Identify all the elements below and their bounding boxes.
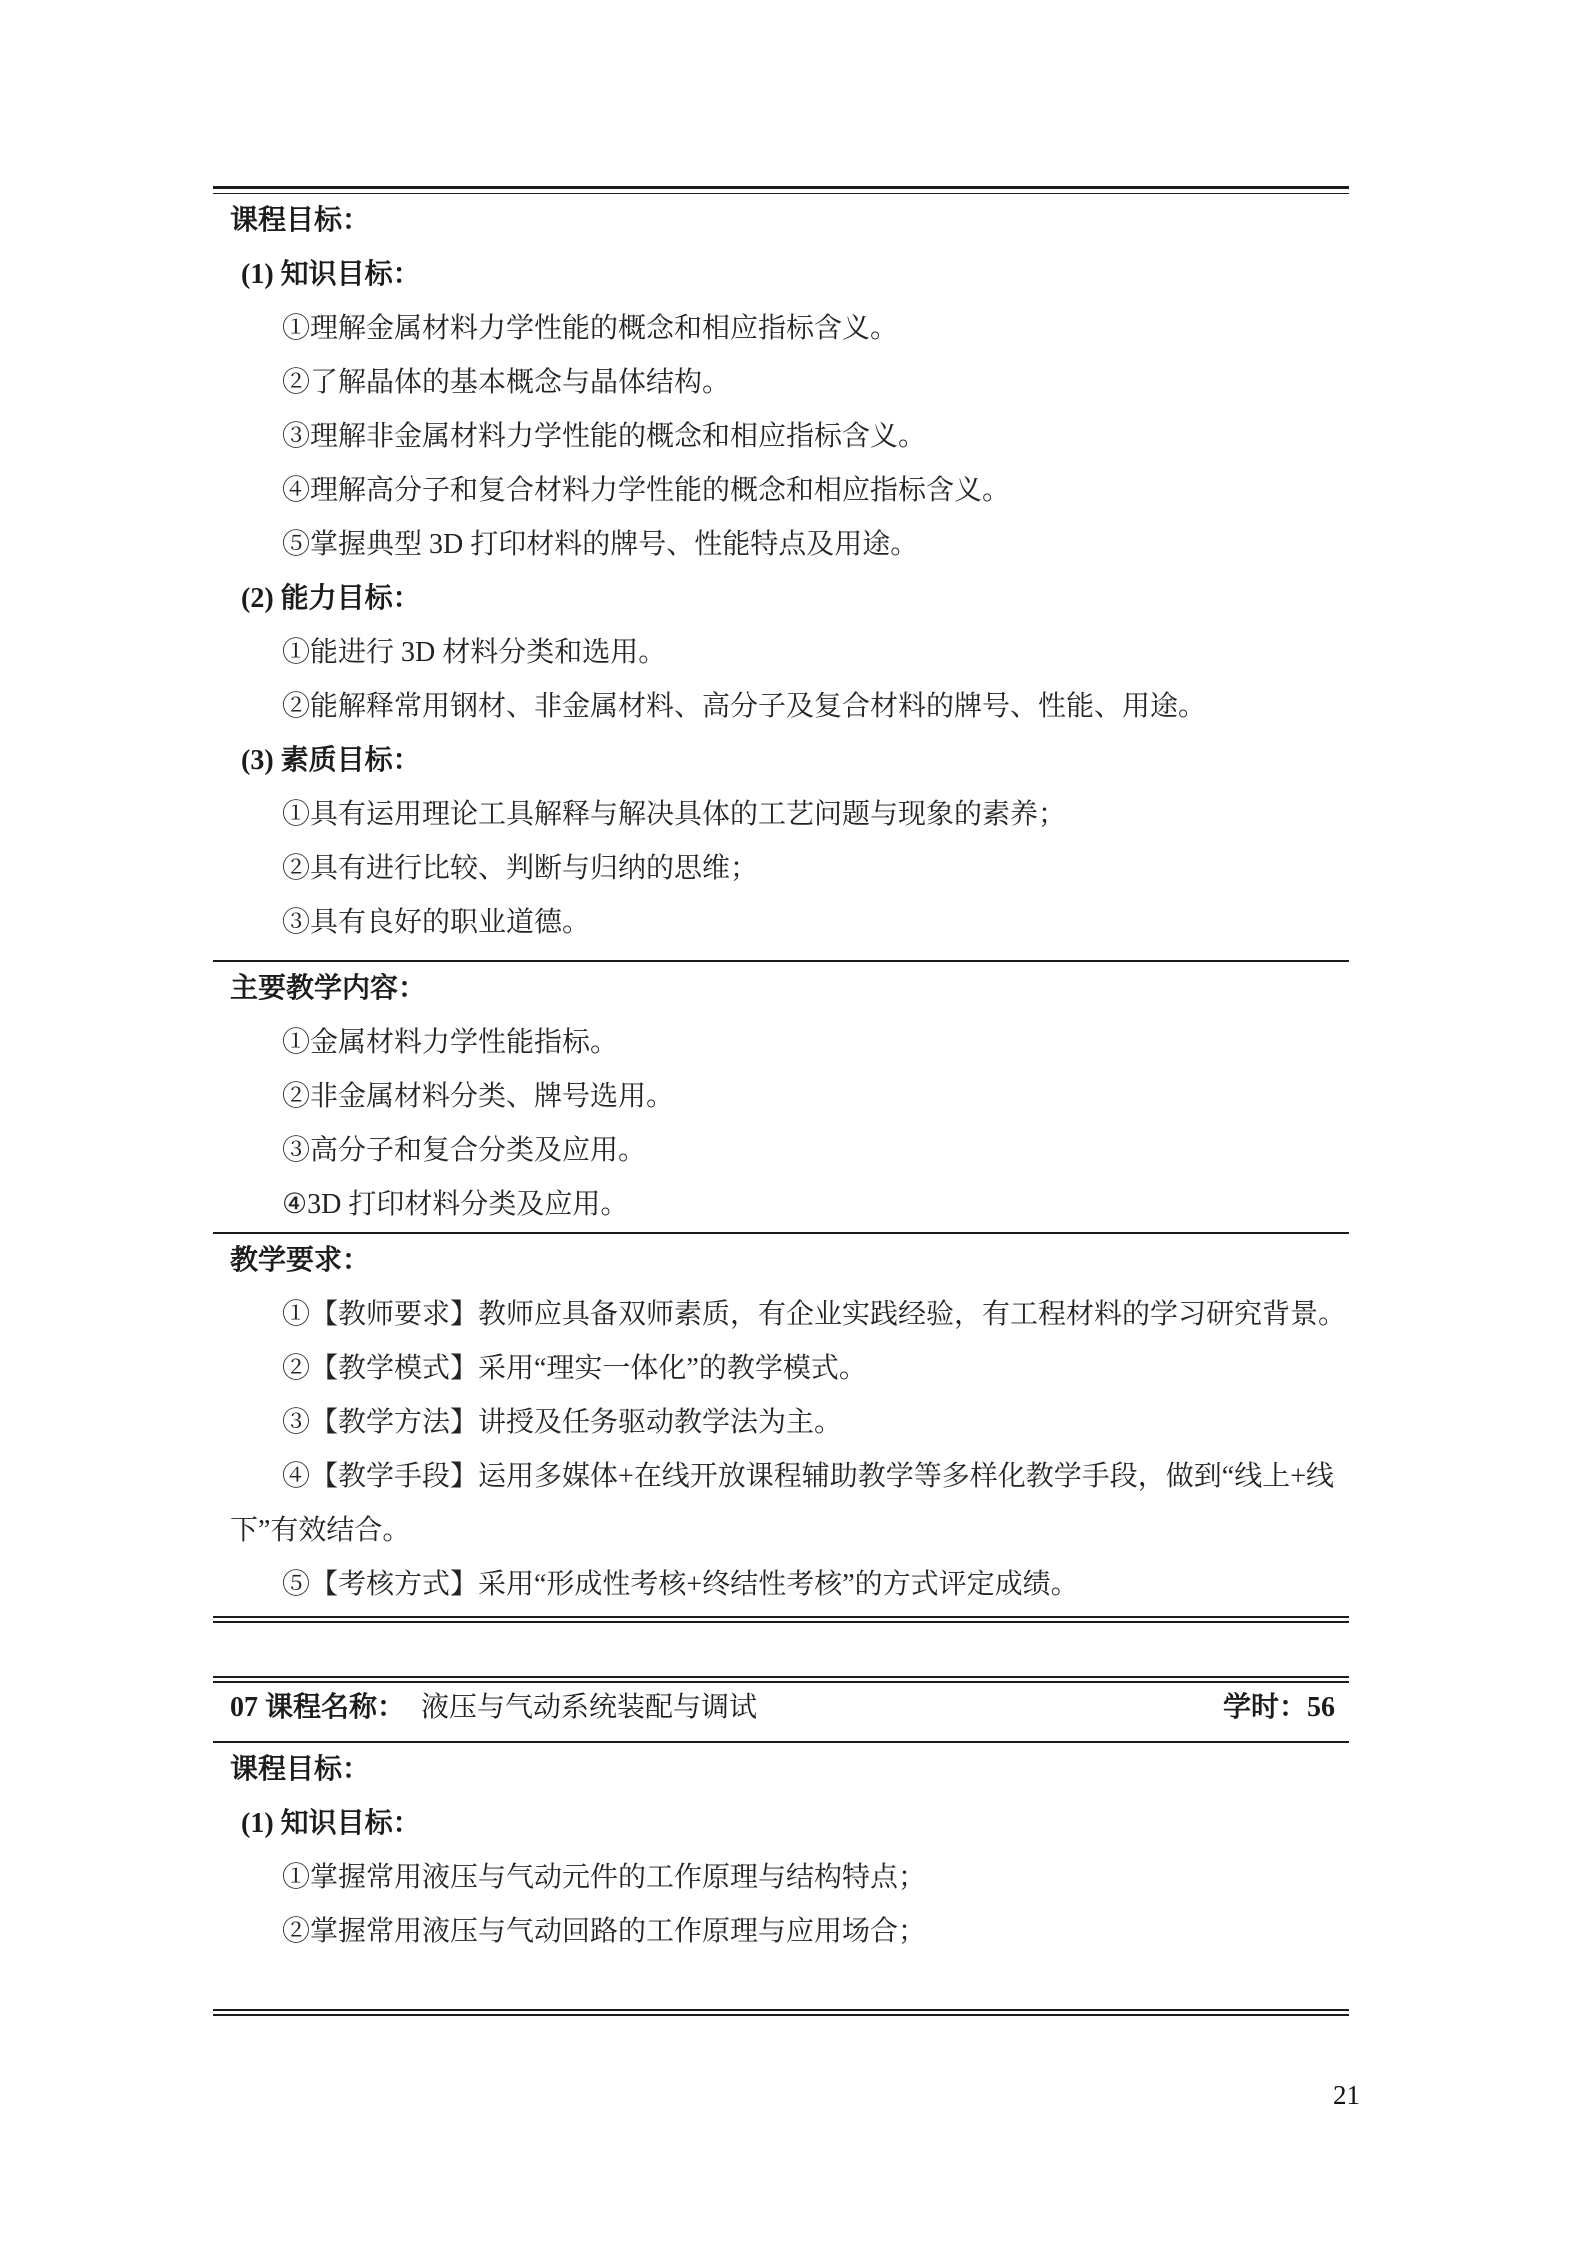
quality-objectives-subheading: (3) 素质目标： [213, 734, 1349, 788]
knowledge-objective-item: ②掌握常用液压与气动回路的工作原理与应用场合； [213, 1905, 1349, 1959]
teaching-content-item: ④3D 打印材料分类及应用。 [213, 1178, 1349, 1232]
teaching-content-item: ②非金属材料分类、牌号选用。 [213, 1070, 1349, 1124]
knowledge-objective-item: ②了解晶体的基本概念与晶体结构。 [213, 356, 1349, 410]
ability-objective-item: ②能解释常用钢材、非金属材料、高分子及复合材料的牌号、性能、用途。 [213, 680, 1349, 734]
teaching-content-item: ③高分子和复合分类及应用。 [213, 1124, 1349, 1178]
course-name: 液压与气动系统装配与调试 [421, 1683, 757, 1733]
knowledge-objectives-subheading: (1) 知识目标： [213, 248, 1349, 302]
teaching-requirement-item: ⑤【考核方式】采用“形成性考核+终结性考核”的方式评定成绩。 [213, 1558, 1349, 1612]
teaching-requirement-item: ④【教学手段】运用多媒体+在线开放课程辅助教学等多样化教学手段，做到“线上+线下… [213, 1450, 1349, 1558]
document-page: 课程目标： (1) 知识目标： ①理解金属材料力学性能的概念和相应指标含义。 ②… [213, 0, 1349, 2016]
block-top-double-border [213, 186, 1349, 194]
quality-objective-item: ③具有良好的职业道德。 [213, 896, 1349, 950]
course-objectives-heading: 课程目标： [213, 1743, 1349, 1797]
course-objectives-heading: 课程目标： [213, 194, 1349, 248]
teaching-requirement-item: ③【教学方法】讲授及任务驱动教学法为主。 [213, 1396, 1349, 1450]
course-number-label: 07 课程名称： [213, 1683, 405, 1733]
knowledge-objective-item: ③理解非金属材料力学性能的概念和相应指标含义。 [213, 410, 1349, 464]
block-bottom-double-border [213, 1616, 1349, 1623]
knowledge-objectives-subheading: (1) 知识目标： [213, 1797, 1349, 1851]
quality-objective-item: ②具有进行比较、判断与归纳的思维； [213, 842, 1349, 896]
teaching-requirement-item: ①【教师要求】教师应具备双师素质，有企业实践经验，有工程材料的学习研究背景。 [213, 1288, 1349, 1342]
knowledge-objective-item: ④理解高分子和复合材料力学性能的概念和相应指标含义。 [213, 464, 1349, 518]
ability-objective-item: ①能进行 3D 材料分类和选用。 [213, 626, 1349, 680]
block-top-double-border [213, 1676, 1349, 1683]
quality-objective-item: ①具有运用理论工具解释与解决具体的工艺问题与现象的素养； [213, 788, 1349, 842]
ability-objectives-subheading: (2) 能力目标： [213, 572, 1349, 626]
teaching-requirements-heading: 教学要求： [213, 1234, 1349, 1288]
teaching-content-item: ①金属材料力学性能指标。 [213, 1016, 1349, 1070]
page-number: 21 [1333, 2080, 1360, 2111]
course-header-row: 07 课程名称： 液压与气动系统装配与调试 学时：56 [213, 1683, 1349, 1733]
knowledge-objective-item: ①理解金属材料力学性能的概念和相应指标含义。 [213, 302, 1349, 356]
knowledge-objective-item: ⑤掌握典型 3D 打印材料的牌号、性能特点及用途。 [213, 518, 1349, 572]
teaching-content-heading: 主要教学内容： [213, 962, 1349, 1016]
teaching-requirement-item: ②【教学模式】采用“理实一体化”的教学模式。 [213, 1342, 1349, 1396]
knowledge-objective-item: ①掌握常用液压与气动元件的工作原理与结构特点； [213, 1851, 1349, 1905]
course-hours: 学时：56 [1223, 1683, 1349, 1733]
block-bottom-double-border [213, 2009, 1349, 2016]
